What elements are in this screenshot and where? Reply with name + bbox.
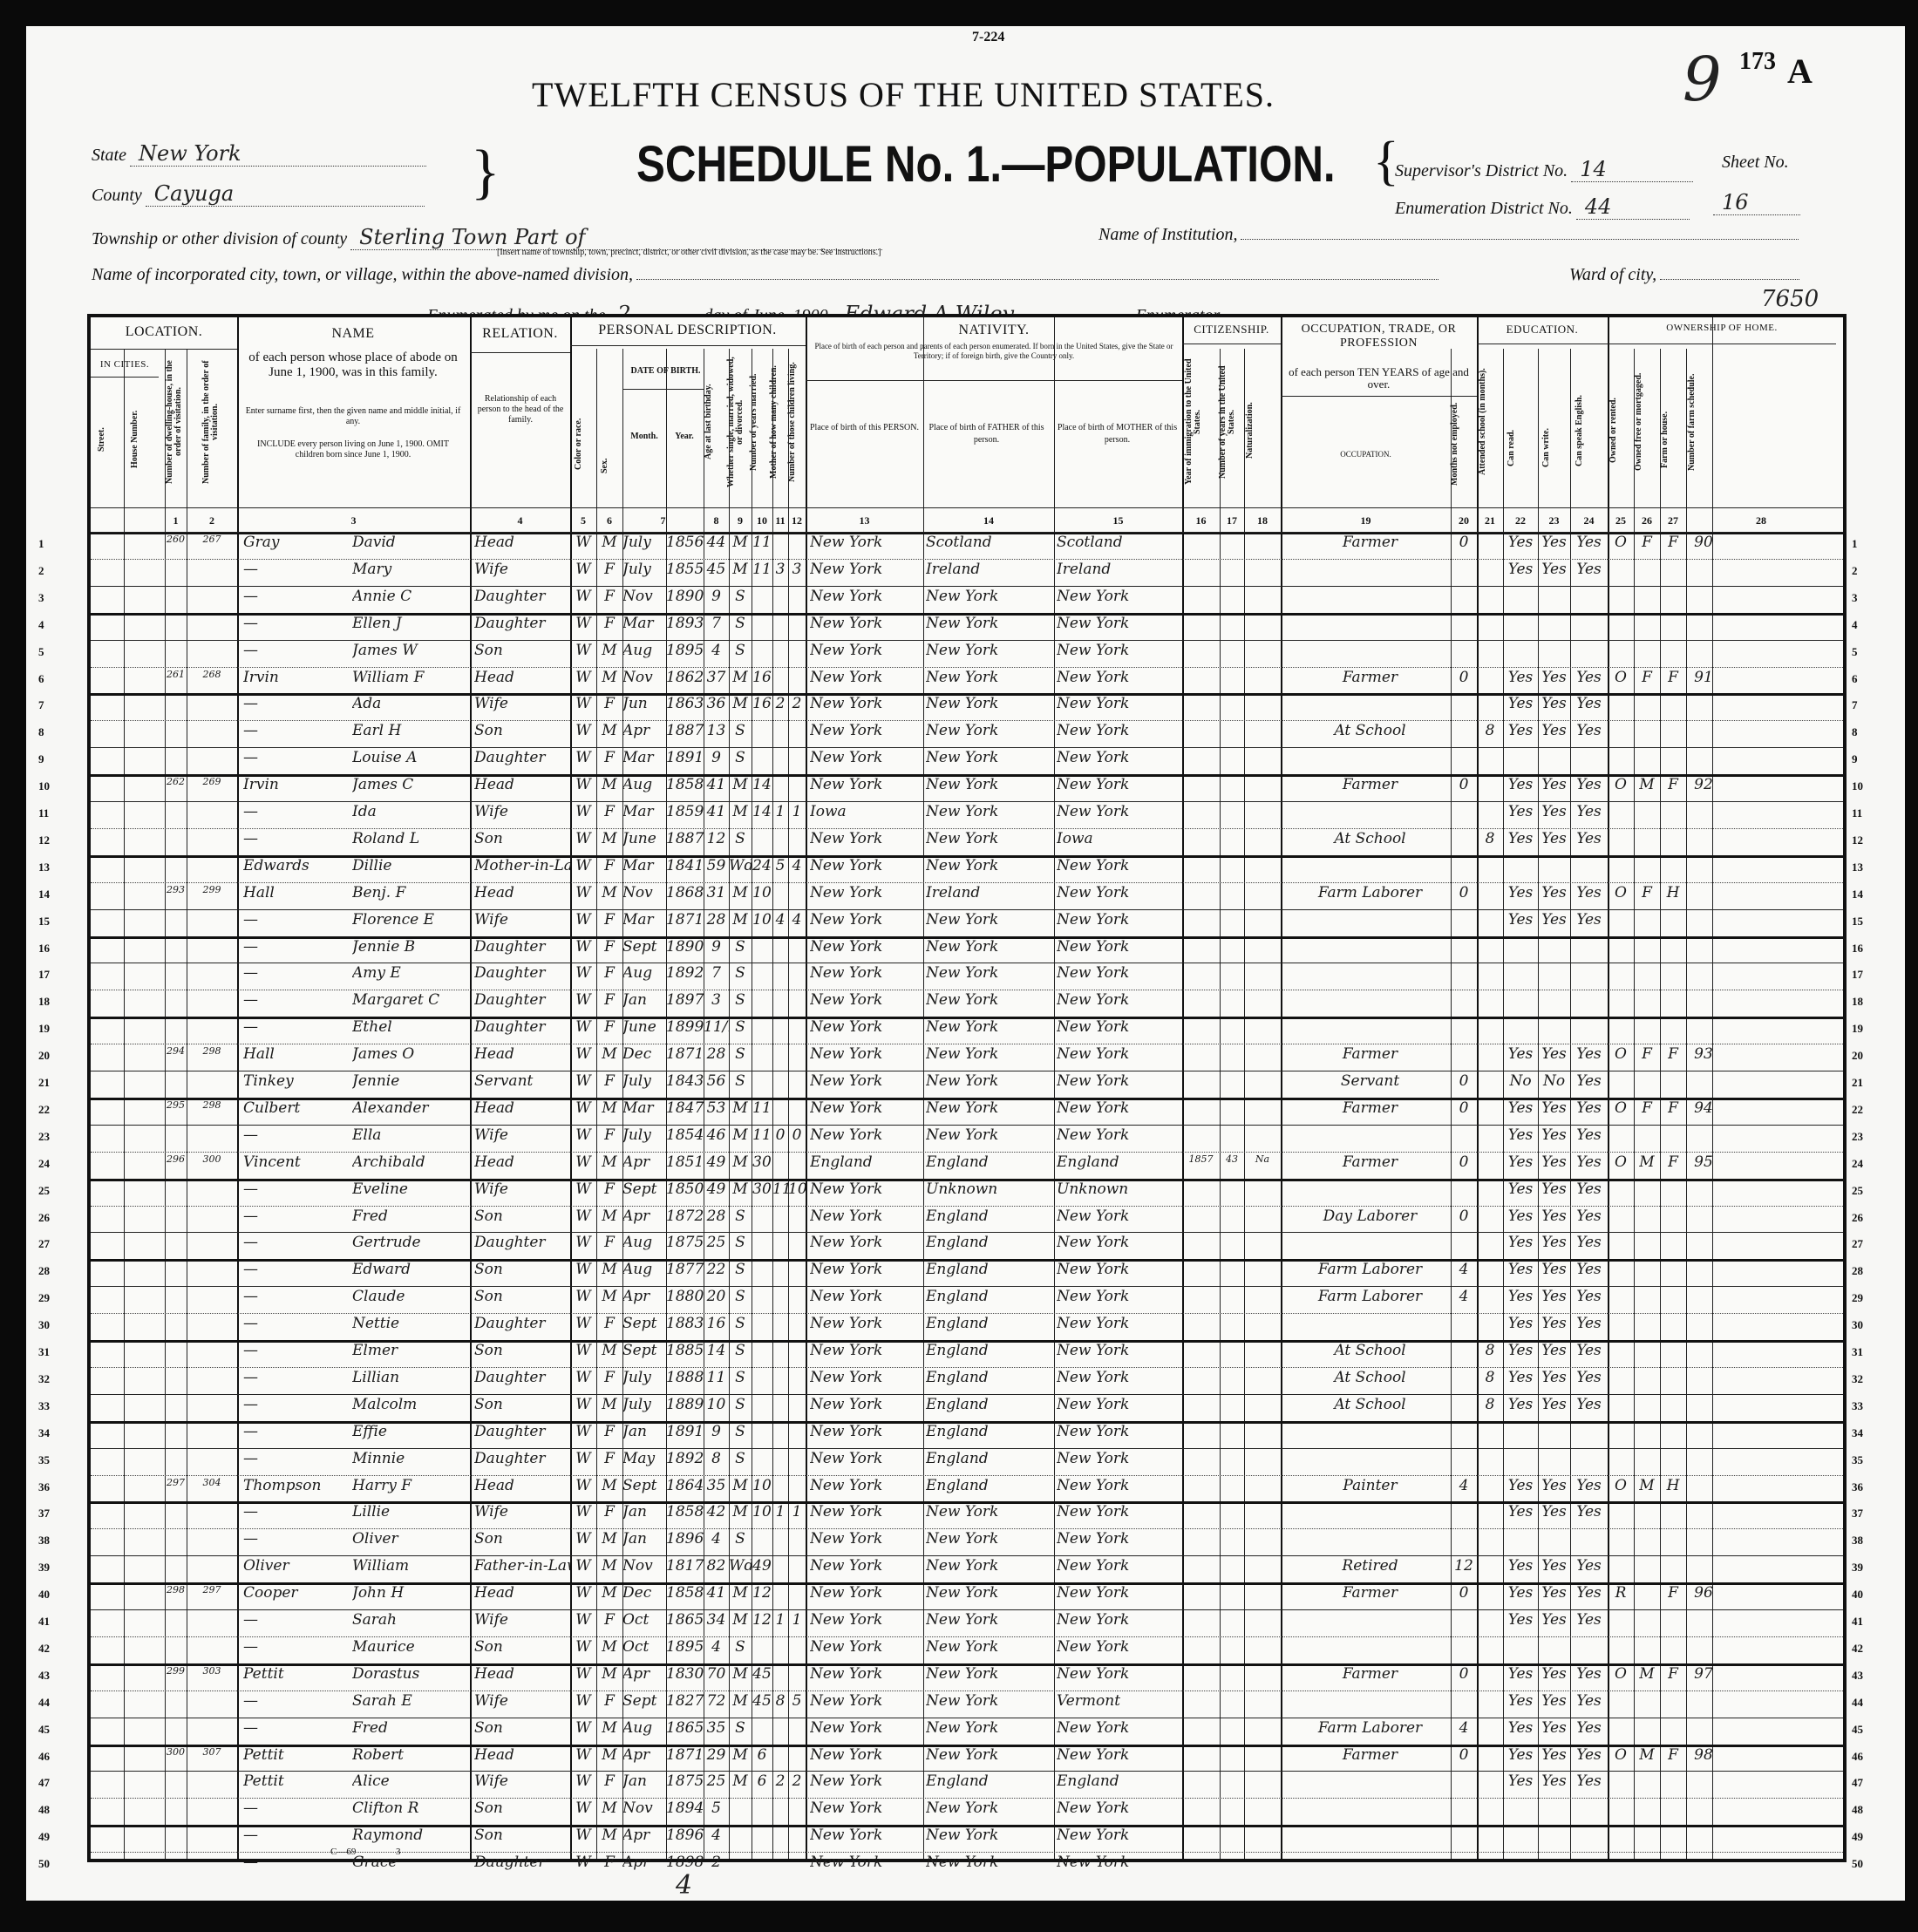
cell-eng: Yes bbox=[1570, 1045, 1608, 1063]
cell-year: 1887 bbox=[666, 722, 704, 739]
cell-mar: S bbox=[729, 964, 752, 982]
cell-occ: Farmer bbox=[1289, 1153, 1451, 1171]
cell-ym: 12 bbox=[752, 1611, 772, 1629]
cell-mar: S bbox=[729, 1045, 752, 1063]
cell-color: W bbox=[570, 857, 596, 874]
cell-age: 11 bbox=[704, 1369, 729, 1386]
cell-month: Sept bbox=[622, 1342, 666, 1359]
col-birth-mother: Place of birth of MOTHER of this person. bbox=[1054, 422, 1180, 446]
cell-month: Jan bbox=[622, 1530, 666, 1548]
row-number-left: 31 bbox=[38, 1345, 50, 1359]
cell-year: 1843 bbox=[666, 1072, 704, 1090]
cell-imm: 1857 bbox=[1182, 1153, 1220, 1165]
cell-year: 1856 bbox=[666, 534, 704, 551]
group-relation: RELATION. bbox=[470, 326, 570, 342]
header-divider bbox=[91, 349, 237, 350]
cell-write: Yes bbox=[1538, 911, 1570, 929]
cell-year: 1854 bbox=[666, 1126, 704, 1144]
cell-cl: 4 bbox=[788, 857, 806, 874]
cell-sex: F bbox=[596, 964, 622, 982]
cell-eng: Yes bbox=[1570, 1261, 1608, 1278]
cell-write: Yes bbox=[1538, 1315, 1570, 1332]
cell-color: W bbox=[570, 588, 596, 605]
cell-sch: 8 bbox=[1477, 830, 1503, 847]
cell-rel: Wife bbox=[474, 911, 570, 929]
cell-age: 36 bbox=[704, 695, 729, 712]
cell-surname: Tinkey bbox=[243, 1072, 352, 1090]
cell-bf: England bbox=[926, 1207, 1054, 1225]
cell-rel: Head bbox=[474, 1477, 570, 1494]
cell-year: 1872 bbox=[666, 1207, 704, 1225]
cell-given: Lillie bbox=[352, 1503, 470, 1520]
cell-eng: Yes bbox=[1570, 1288, 1608, 1305]
cell-rel: Mother-in-Law bbox=[474, 857, 570, 874]
row-number-left: 39 bbox=[38, 1561, 50, 1575]
header-divider bbox=[1182, 344, 1281, 344]
sheet-value: 16 bbox=[1713, 190, 1800, 215]
cell-write: Yes bbox=[1538, 695, 1570, 712]
cell-sex: F bbox=[596, 615, 622, 632]
cell-age: 25 bbox=[704, 1772, 729, 1790]
table-row: —Ellen JDaughterWFMar18937SNew YorkNew Y… bbox=[91, 613, 1843, 640]
cell-rel: Daughter bbox=[474, 1450, 570, 1467]
row-number-left: 5 bbox=[38, 645, 44, 659]
cell-given: Gertrude bbox=[352, 1234, 470, 1251]
cell-year: 1898 bbox=[666, 1854, 704, 1871]
cell-own: O bbox=[1608, 534, 1634, 551]
cell-unemp: 4 bbox=[1451, 1261, 1477, 1278]
cell-year: 1847 bbox=[666, 1099, 704, 1117]
cell-year: 1827 bbox=[666, 1692, 704, 1710]
col-owned-free: Owned free or mortgaged. bbox=[1635, 352, 1657, 492]
cell-sex: M bbox=[596, 830, 622, 847]
cell-bm: New York bbox=[1057, 991, 1182, 1009]
cell-year: 1893 bbox=[666, 615, 704, 632]
cell-age: 8 bbox=[704, 1450, 729, 1467]
cell-month: Sept bbox=[622, 1477, 666, 1494]
cell-write: Yes bbox=[1538, 1503, 1570, 1520]
row-number: 16 bbox=[1852, 942, 1863, 956]
cell-sex: F bbox=[596, 1180, 622, 1198]
cell-read: Yes bbox=[1503, 534, 1538, 551]
cell-mar: M bbox=[729, 776, 752, 793]
cell-sex: M bbox=[596, 534, 622, 551]
cell-bp: New York bbox=[810, 1692, 923, 1710]
cell-month: Apr bbox=[622, 1207, 666, 1225]
cell-surname: — bbox=[243, 1719, 352, 1737]
cell-bp: New York bbox=[810, 776, 923, 793]
cell-bf: New York bbox=[926, 1854, 1054, 1871]
table-row: —NettieDaughterWFSept188316SNew YorkEngl… bbox=[91, 1313, 1843, 1340]
cell-bm: New York bbox=[1057, 1261, 1182, 1278]
cell-bf: New York bbox=[926, 1719, 1054, 1737]
cell-bm: New York bbox=[1057, 588, 1182, 605]
row-number-left: 47 bbox=[38, 1776, 50, 1790]
cell-write: Yes bbox=[1538, 1665, 1570, 1683]
row-divider bbox=[91, 1555, 1843, 1556]
cell-sex: M bbox=[596, 722, 622, 739]
cell-fam: 307 bbox=[187, 1746, 237, 1758]
table-row: 260267GrayDavidHeadWMJuly185644M11New Yo… bbox=[91, 532, 1843, 559]
supervisor-field: Supervisor's District No. 14 bbox=[1395, 157, 1693, 182]
column-number: 16 bbox=[1182, 514, 1220, 527]
cell-surname: Gray bbox=[243, 534, 352, 551]
row-number: 40 bbox=[1852, 1588, 1863, 1602]
cell-age: 4 bbox=[704, 1827, 729, 1844]
cell-bm: New York bbox=[1057, 1045, 1182, 1063]
table-row: OliverWilliamFather-in-LawWMNov181782Wd4… bbox=[91, 1555, 1843, 1582]
cell-color: W bbox=[570, 695, 596, 712]
row-number-left: 28 bbox=[38, 1264, 50, 1278]
cell-surname: Pettit bbox=[243, 1746, 352, 1764]
cell-year: 1883 bbox=[666, 1315, 704, 1332]
cell-year: 1880 bbox=[666, 1288, 704, 1305]
cell-color: W bbox=[570, 964, 596, 982]
cell-bf: England bbox=[926, 1261, 1054, 1278]
cell-sex: F bbox=[596, 1234, 622, 1251]
row-number-left: 11 bbox=[38, 806, 49, 820]
table-row: —OliverSonWMJan18964SNew YorkNew YorkNew… bbox=[91, 1528, 1843, 1555]
cell-month: Jan bbox=[622, 991, 666, 1009]
cell-bm: New York bbox=[1057, 1503, 1182, 1520]
cell-surname: — bbox=[243, 1503, 352, 1520]
cell-fh: F bbox=[1660, 776, 1686, 793]
cell-rel: Daughter bbox=[474, 991, 570, 1009]
col-years-married: Number of years married. bbox=[750, 352, 769, 492]
cell-fam: 267 bbox=[187, 534, 237, 545]
cell-dw: 293 bbox=[165, 884, 187, 895]
cell-year: 1892 bbox=[666, 964, 704, 982]
row-divider bbox=[91, 747, 1843, 748]
cell-fam: 304 bbox=[187, 1477, 237, 1488]
cell-bp: New York bbox=[810, 1180, 923, 1198]
row-divider bbox=[91, 1152, 1843, 1153]
cell-color: W bbox=[570, 615, 596, 632]
cell-bm: New York bbox=[1057, 938, 1182, 956]
cell-bm: New York bbox=[1057, 1423, 1182, 1440]
cell-bm: New York bbox=[1057, 1719, 1182, 1737]
cell-free: F bbox=[1634, 1045, 1660, 1063]
cell-month: Dec bbox=[622, 1584, 666, 1602]
row-divider bbox=[91, 640, 1843, 641]
column-number: 7 bbox=[622, 514, 704, 527]
cell-ym: 14 bbox=[752, 803, 772, 820]
table-row: —LillianDaughterWFJuly188811SNew YorkEng… bbox=[91, 1367, 1843, 1394]
cell-month: Apr bbox=[622, 722, 666, 739]
cell-bf: Scotland bbox=[926, 534, 1054, 551]
cell-mar: M bbox=[729, 911, 752, 929]
cell-sex: F bbox=[596, 1854, 622, 1871]
township-note: [Insert name of township, town, precinct… bbox=[497, 248, 881, 257]
row-number: 49 bbox=[1852, 1830, 1863, 1844]
cell-fh: F bbox=[1660, 1746, 1686, 1764]
table-row: 300307PettitRobertHeadWMApr187129M6New Y… bbox=[91, 1745, 1843, 1772]
enumeration-field: Enumeration District No. 44 bbox=[1395, 194, 1690, 220]
cell-age: 72 bbox=[704, 1692, 729, 1710]
cell-mar: S bbox=[729, 588, 752, 605]
cell-age: 12 bbox=[704, 830, 729, 847]
cell-surname: — bbox=[243, 1638, 352, 1656]
cell-write: Yes bbox=[1538, 803, 1570, 820]
cell-free: M bbox=[1634, 1477, 1660, 1494]
col-marital: Whether single, married, widowed, or div… bbox=[727, 352, 748, 492]
cell-rel: Son bbox=[474, 1719, 570, 1737]
cell-sex: M bbox=[596, 776, 622, 793]
row-number: 11 bbox=[1852, 806, 1862, 820]
cell-age: 34 bbox=[704, 1611, 729, 1629]
cell-year: 1885 bbox=[666, 1342, 704, 1359]
cell-given: Oliver bbox=[352, 1530, 470, 1548]
cell-given: Sarah E bbox=[352, 1692, 470, 1710]
cell-eng: Yes bbox=[1570, 1234, 1608, 1251]
cell-bm: New York bbox=[1057, 1315, 1182, 1332]
row-number-left: 32 bbox=[38, 1372, 50, 1386]
cell-month: Nov bbox=[622, 884, 666, 901]
cell-age: 7 bbox=[704, 615, 729, 632]
cell-year: 1890 bbox=[666, 938, 704, 956]
cell-bp: New York bbox=[810, 911, 923, 929]
col-can-read: Can read. bbox=[1507, 405, 1534, 492]
cell-dw: 300 bbox=[165, 1746, 187, 1758]
cell-sex: M bbox=[596, 1827, 622, 1844]
cell-year: 1890 bbox=[666, 588, 704, 605]
cell-month: Sept bbox=[622, 1692, 666, 1710]
cell-sex: M bbox=[596, 1665, 622, 1683]
row-number-left: 17 bbox=[38, 968, 50, 982]
cell-occ: Farm Laborer bbox=[1289, 1288, 1451, 1305]
cell-bp: New York bbox=[810, 1126, 923, 1144]
cell-bf: Ireland bbox=[926, 884, 1054, 901]
row-divider bbox=[91, 1394, 1843, 1395]
row-number-left: 40 bbox=[38, 1588, 50, 1602]
column-number: 14 bbox=[923, 514, 1054, 527]
cell-given: John H bbox=[352, 1584, 470, 1602]
cell-sex: M bbox=[596, 1396, 622, 1413]
cell-age: 9 bbox=[704, 938, 729, 956]
row-number: 7 bbox=[1852, 698, 1858, 712]
row-number: 38 bbox=[1852, 1534, 1863, 1548]
cell-mar: S bbox=[729, 938, 752, 956]
col-years-us: Number of years in the United States. bbox=[1219, 352, 1241, 492]
cell-year: 1864 bbox=[666, 1477, 704, 1494]
cell-occ: Farmer bbox=[1289, 1746, 1451, 1764]
col-farm-schedule: Number of farm schedule. bbox=[1688, 352, 1712, 492]
cell-mar: M bbox=[729, 1477, 752, 1494]
row-number-left: 8 bbox=[38, 725, 44, 739]
cell-bf: New York bbox=[926, 991, 1054, 1009]
table-row: —ClaudeSonWMApr188020SNew YorkEnglandNew… bbox=[91, 1286, 1843, 1313]
row-divider bbox=[91, 1367, 1843, 1368]
cell-given: Alexander bbox=[352, 1099, 470, 1117]
table-row: 297304ThompsonHarry FHeadWMSept186435M10… bbox=[91, 1475, 1843, 1502]
cell-month: June bbox=[622, 1018, 666, 1036]
cell-year: 1858 bbox=[666, 776, 704, 793]
cell-write: Yes bbox=[1538, 776, 1570, 793]
row-divider bbox=[91, 1125, 1843, 1126]
cell-month: Jun bbox=[622, 695, 666, 712]
cell-cl: 2 bbox=[788, 1772, 806, 1790]
row-divider bbox=[91, 1771, 1843, 1772]
cell-bf: New York bbox=[926, 615, 1054, 632]
cell-given: Ellen J bbox=[352, 615, 470, 632]
cell-surname: — bbox=[243, 964, 352, 982]
cell-mar: M bbox=[729, 1746, 752, 1764]
row-divider bbox=[91, 667, 1843, 668]
row-number: 5 bbox=[1852, 645, 1858, 659]
cell-farm: 98 bbox=[1686, 1746, 1721, 1764]
row-divider bbox=[91, 1609, 1843, 1610]
cell-occ: At School bbox=[1289, 830, 1451, 847]
cell-bp: New York bbox=[810, 1477, 923, 1494]
cell-color: W bbox=[570, 1530, 596, 1548]
cell-write: Yes bbox=[1538, 1557, 1570, 1575]
table-row: —Annie CDaughterWFNov18909SNew YorkNew Y… bbox=[91, 586, 1843, 613]
cell-bm: New York bbox=[1057, 1369, 1182, 1386]
cell-mo: 0 bbox=[772, 1126, 788, 1144]
row-number-left: 2 bbox=[38, 564, 44, 578]
cell-read: Yes bbox=[1503, 1503, 1538, 1520]
cell-rel: Daughter bbox=[474, 1854, 570, 1871]
cell-age: 41 bbox=[704, 1584, 729, 1602]
cell-own: O bbox=[1608, 884, 1634, 901]
cell-bm: New York bbox=[1057, 1342, 1182, 1359]
table-row: —Margaret CDaughterWFJan18973SNew YorkNe… bbox=[91, 990, 1843, 1017]
cell-occ: Farmer bbox=[1289, 776, 1451, 793]
cell-cl: 0 bbox=[788, 1126, 806, 1144]
cell-ym: 16 bbox=[752, 695, 772, 712]
cell-sex: M bbox=[596, 1477, 622, 1494]
cell-color: W bbox=[570, 1369, 596, 1386]
cell-color: W bbox=[570, 1342, 596, 1359]
cell-eng: Yes bbox=[1570, 1719, 1608, 1737]
cell-read: Yes bbox=[1503, 722, 1538, 739]
cell-given: Jennie bbox=[352, 1072, 470, 1090]
cell-sex: M bbox=[596, 1099, 622, 1117]
table-row: 298297CooperJohn HHeadWMDec185841M12New … bbox=[91, 1582, 1843, 1609]
cell-month: Apr bbox=[622, 1665, 666, 1683]
cell-month: Oct bbox=[622, 1611, 666, 1629]
cell-age: 3 bbox=[704, 991, 729, 1009]
group-education: EDUCATION. bbox=[1477, 323, 1608, 337]
microfilm-code: 7650 bbox=[1761, 286, 1819, 312]
cell-year: 1896 bbox=[666, 1530, 704, 1548]
cell-fh: H bbox=[1660, 1477, 1686, 1494]
cell-dw: 294 bbox=[165, 1045, 187, 1057]
cell-sex: F bbox=[596, 749, 622, 766]
cell-bm: New York bbox=[1057, 642, 1182, 659]
cell-color: W bbox=[570, 830, 596, 847]
cell-eng: Yes bbox=[1570, 1315, 1608, 1332]
ward-label: Ward of city, bbox=[1569, 265, 1656, 284]
cell-read: Yes bbox=[1503, 803, 1538, 820]
cell-bf: New York bbox=[926, 1638, 1054, 1656]
table-row: 293299HallBenj. FHeadWMNov186831M10New Y… bbox=[91, 882, 1843, 909]
cell-rel: Daughter bbox=[474, 1423, 570, 1440]
row-number: 21 bbox=[1852, 1076, 1863, 1090]
row-number-left: 27 bbox=[38, 1237, 50, 1251]
table-row: —MauriceSonWMOct18954SNew YorkNew YorkNe… bbox=[91, 1636, 1843, 1663]
cell-bm: New York bbox=[1057, 722, 1182, 739]
cell-surname: — bbox=[243, 749, 352, 766]
cell-year: 1868 bbox=[666, 884, 704, 901]
cell-read: Yes bbox=[1503, 1153, 1538, 1171]
cell-surname: — bbox=[243, 1692, 352, 1710]
cell-sex: F bbox=[596, 991, 622, 1009]
cell-given: David bbox=[352, 534, 470, 551]
cell-color: W bbox=[570, 1423, 596, 1440]
cell-unemp: 0 bbox=[1451, 534, 1477, 551]
cell-farm: 94 bbox=[1686, 1099, 1721, 1117]
cell-mar: S bbox=[729, 1530, 752, 1548]
cell-color: W bbox=[570, 1477, 596, 1494]
cell-rel: Head bbox=[474, 534, 570, 551]
cell-year: 1891 bbox=[666, 749, 704, 766]
cell-farm: 92 bbox=[1686, 776, 1721, 793]
cell-bm: England bbox=[1057, 1153, 1182, 1171]
cell-bf: New York bbox=[926, 1799, 1054, 1817]
cell-month: June bbox=[622, 830, 666, 847]
cell-ym: 45 bbox=[752, 1665, 772, 1683]
cell-bf: New York bbox=[926, 1584, 1054, 1602]
cell-given: Minnie bbox=[352, 1450, 470, 1467]
table-row: —Jennie BDaughterWFSept18909SNew YorkNew… bbox=[91, 936, 1843, 963]
column-number: 24 bbox=[1570, 514, 1608, 527]
cell-given: Dillie bbox=[352, 857, 470, 874]
cell-ym: 24 bbox=[752, 857, 772, 874]
cell-fam: 299 bbox=[187, 884, 237, 895]
cell-bm: New York bbox=[1057, 964, 1182, 982]
cell-dw: 262 bbox=[165, 776, 187, 787]
cell-rel: Son bbox=[474, 1530, 570, 1548]
cell-age: 42 bbox=[704, 1503, 729, 1520]
cell-bm: New York bbox=[1057, 1396, 1182, 1413]
cell-mar: S bbox=[729, 1072, 752, 1090]
cell-sex: F bbox=[596, 911, 622, 929]
row-number-left: 7 bbox=[38, 698, 44, 712]
cell-cl: 3 bbox=[788, 561, 806, 578]
cell-occ: Servant bbox=[1289, 1072, 1451, 1090]
name-instr: Enter surname first, then the given name… bbox=[243, 406, 463, 427]
cell-bp: New York bbox=[810, 561, 923, 578]
table-row: —EllaWifeWFJuly185446M1100New YorkNew Yo… bbox=[91, 1125, 1843, 1152]
row-divider bbox=[91, 720, 1843, 721]
cell-bf: New York bbox=[926, 803, 1054, 820]
cell-age: 35 bbox=[704, 1719, 729, 1737]
cell-read: Yes bbox=[1503, 1288, 1538, 1305]
cell-color: W bbox=[570, 1719, 596, 1737]
cell-sex: F bbox=[596, 1450, 622, 1467]
row-number: 34 bbox=[1852, 1426, 1863, 1440]
row-number-left: 42 bbox=[38, 1642, 50, 1656]
cell-bm: New York bbox=[1057, 1665, 1182, 1683]
cell-rel: Wife bbox=[474, 1503, 570, 1520]
cell-color: W bbox=[570, 1611, 596, 1629]
incorporated-field: Name of incorporated city, town, or vill… bbox=[92, 265, 1438, 285]
cell-sex: M bbox=[596, 1530, 622, 1548]
row-number-left: 3 bbox=[38, 591, 44, 605]
col-year: Year. bbox=[666, 431, 703, 443]
cell-sex: M bbox=[596, 1207, 622, 1225]
cell-bm: New York bbox=[1057, 1827, 1182, 1844]
row-number-left: 37 bbox=[38, 1507, 50, 1520]
row-number-left: 33 bbox=[38, 1399, 50, 1413]
cell-bm: New York bbox=[1057, 884, 1182, 901]
cell-free: M bbox=[1634, 1665, 1660, 1683]
cell-sex: F bbox=[596, 857, 622, 874]
col-naturalization: Naturalization. bbox=[1246, 370, 1272, 492]
cell-year: 1858 bbox=[666, 1503, 704, 1520]
cell-year: 1859 bbox=[666, 803, 704, 820]
